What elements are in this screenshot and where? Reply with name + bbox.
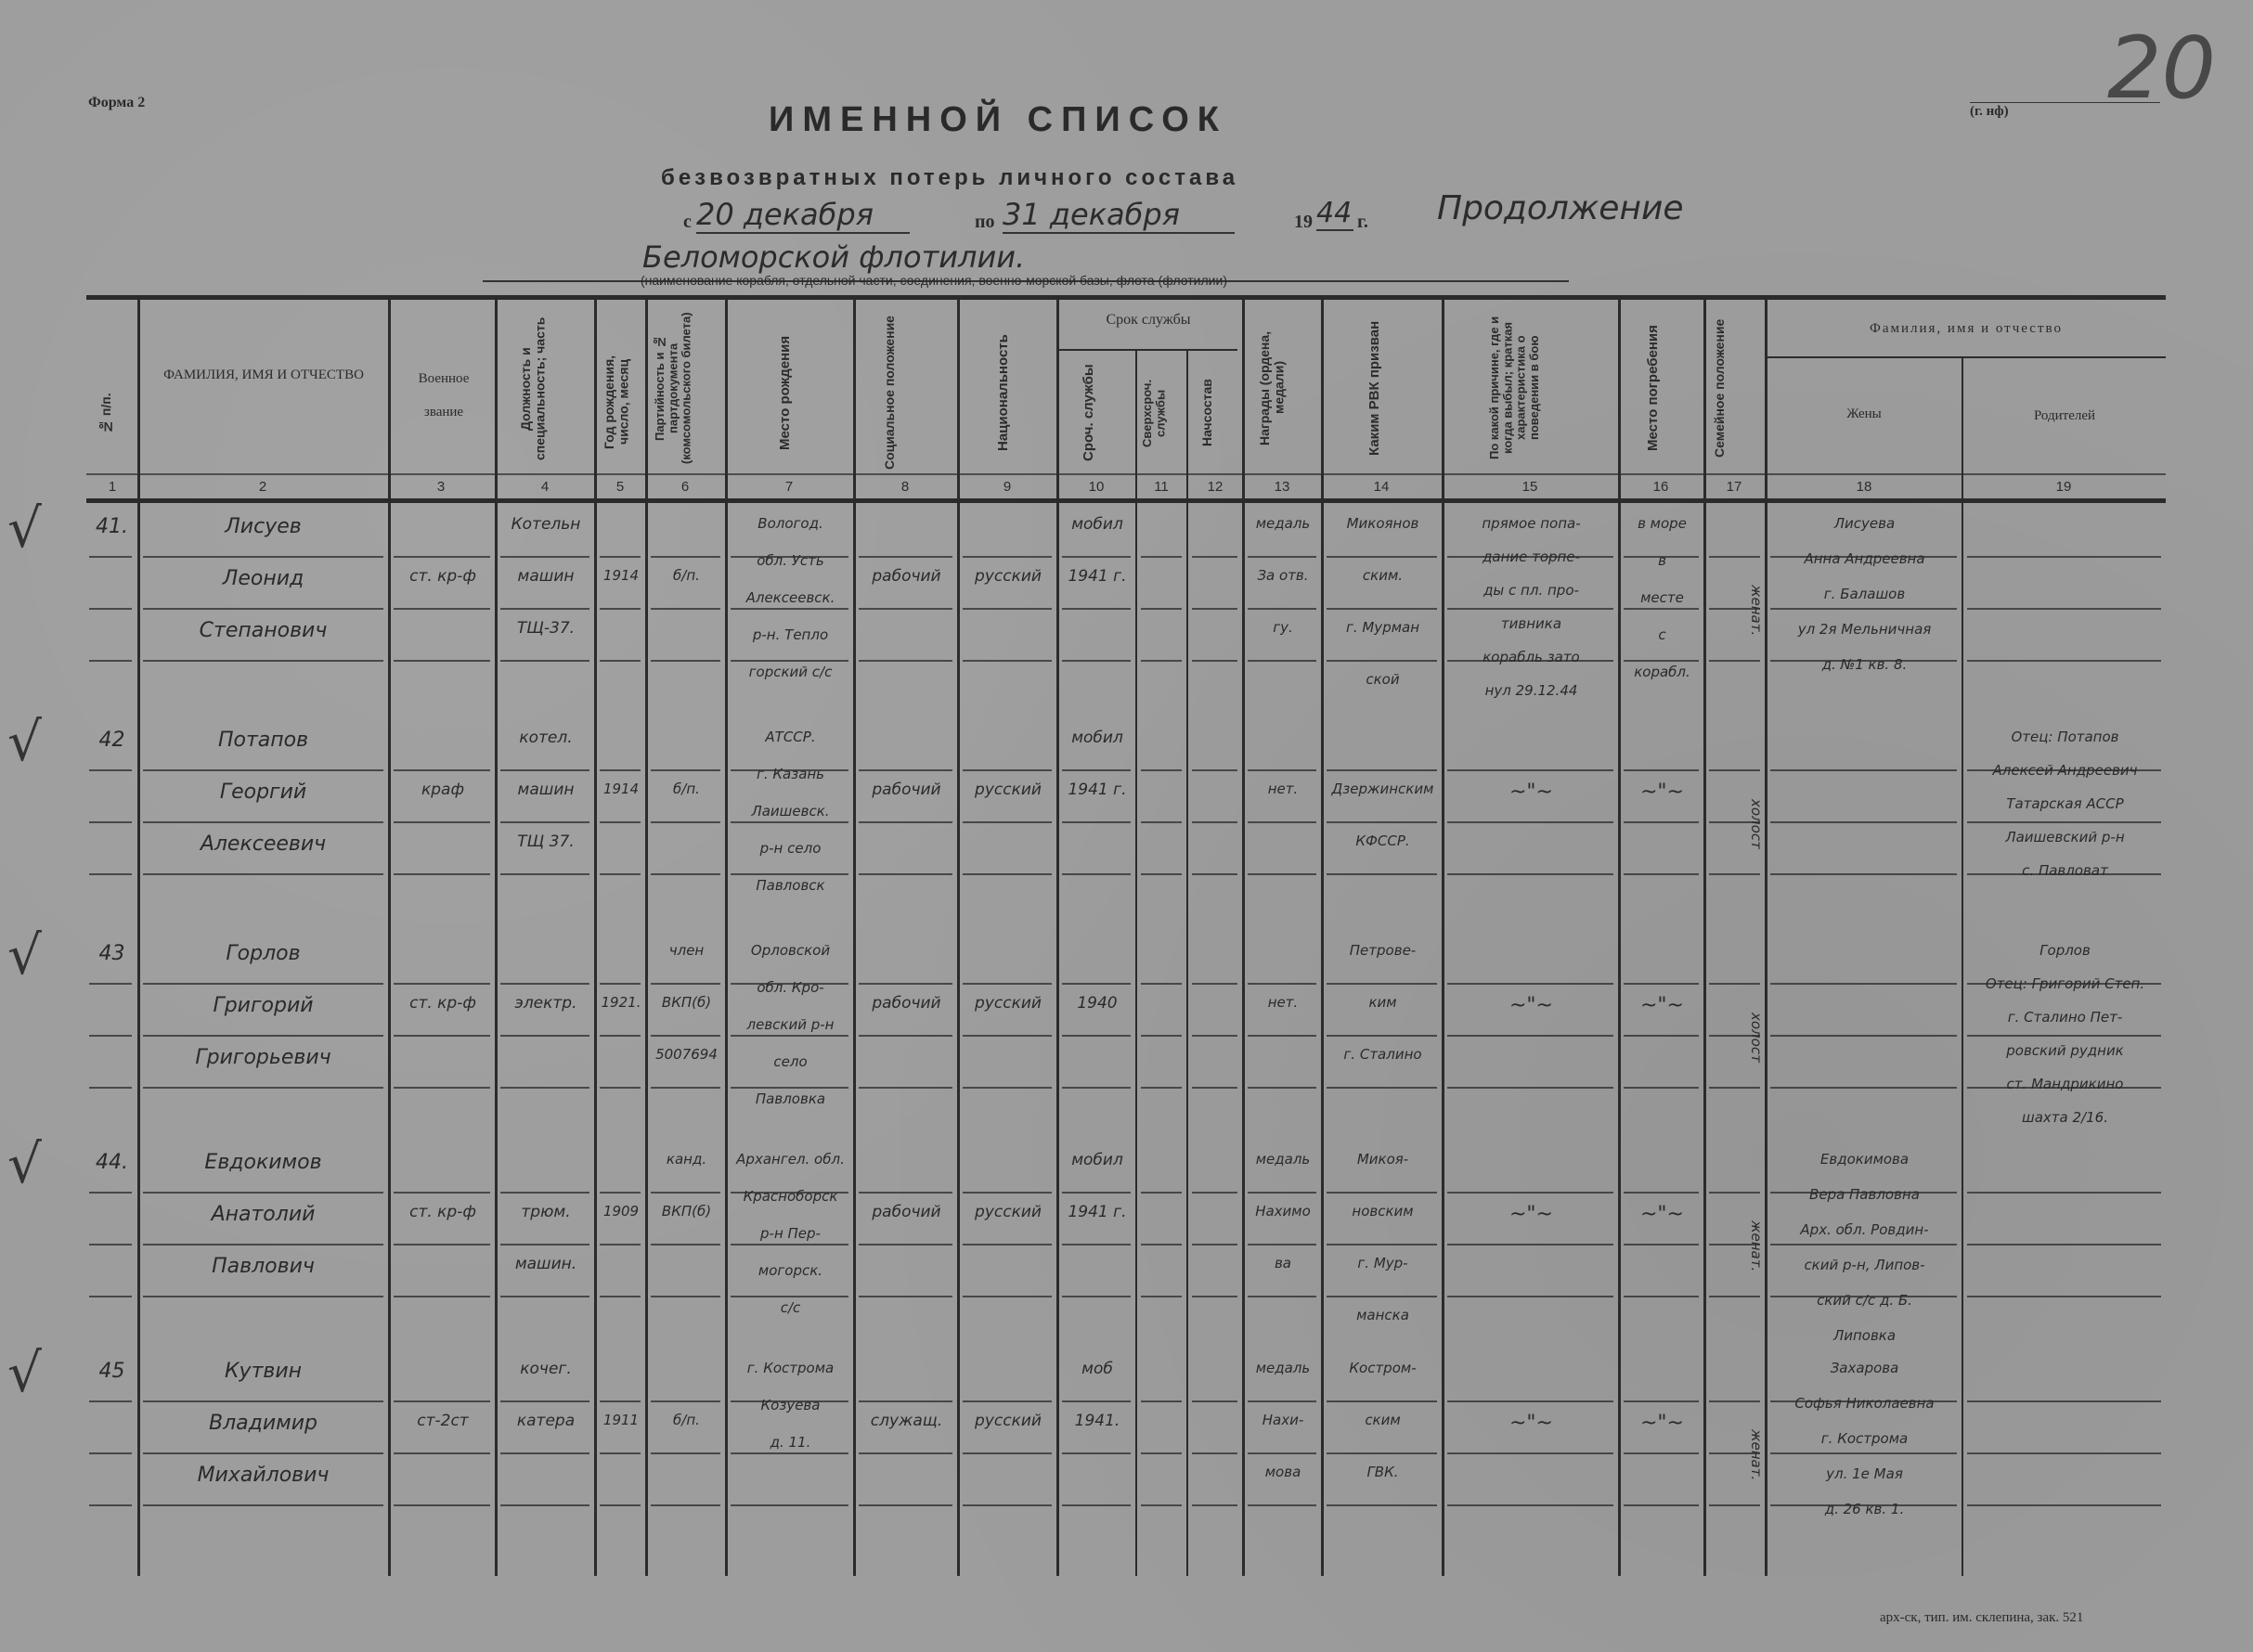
row-guide-line (1192, 1087, 1237, 1089)
row-guide-line (1624, 1452, 1699, 1454)
row-guide-line (1192, 983, 1237, 985)
birthplace-line: Красноборск (728, 1188, 853, 1205)
row-guide-line (1192, 608, 1237, 610)
col-num-8: 8 (887, 479, 924, 495)
date-to: 31 декабря (1003, 197, 1235, 234)
row-guide-line (731, 1504, 848, 1506)
colnum-divider (86, 473, 2166, 475)
parents-line: шахта 2/16. (1964, 1109, 2166, 1126)
row-guide-line (89, 1296, 132, 1297)
nationality: русский (960, 1412, 1056, 1430)
row-guide-line (394, 873, 490, 875)
row-guide-line (500, 608, 589, 610)
row-guide-line (500, 1035, 589, 1037)
military-rank: ст. кр-ф (391, 567, 495, 586)
row-guide-line (143, 1087, 383, 1089)
row-guide-line (859, 1400, 952, 1402)
position-line: электр. (498, 994, 594, 1013)
col-header-11: Сверхсроч. службы (1141, 355, 1182, 471)
row-guide-line (1967, 556, 2161, 558)
row-guide-line (500, 769, 589, 771)
row-guide-line (1248, 1244, 1316, 1245)
service-urgent-line: 1941. (1059, 1412, 1135, 1430)
sheet-code: (г. нф) (1970, 104, 2009, 120)
rvk-line: Микоянов (1324, 515, 1442, 532)
row-guide-line (731, 660, 848, 662)
rvk-line: г. Сталино (1324, 1046, 1442, 1063)
printer-imprint: арх-ск, тип. им. склепина, зак. 521 (1880, 1610, 2083, 1626)
row-guide-line (143, 1244, 383, 1245)
row-guide-line (600, 983, 641, 985)
row-guide-line (1192, 1244, 1237, 1245)
rvk-line: Микоя- (1324, 1151, 1442, 1168)
row-guide-line (1624, 1504, 1699, 1506)
birth-year: 1909 (597, 1203, 645, 1220)
wife-line: Анна Андреевна (1767, 550, 1962, 567)
row-guide-line (1141, 1192, 1182, 1194)
row-guide-line (1447, 1504, 1613, 1506)
rvk-line: ским (1324, 1412, 1442, 1428)
parents-line: г. Сталино Пет- (1964, 1009, 2166, 1026)
birthplace-line: обл. Усть (728, 552, 853, 569)
sheet-number: 20 (2107, 19, 2216, 118)
row-guide-line (600, 1035, 641, 1037)
col-num-9: 9 (989, 479, 1026, 495)
row-guide-line (1447, 769, 1613, 771)
row-guide-line (1141, 1035, 1182, 1037)
service-urgent-line: 1941 г. (1059, 1203, 1135, 1221)
row-guide-line (859, 1087, 952, 1089)
row-guide-line (143, 1192, 383, 1194)
row-guide-line (394, 556, 490, 558)
service-urgent-line: мобил (1059, 1151, 1135, 1169)
row-guide-line (1062, 660, 1131, 662)
col-header-2: ФАМИЛИЯ, ИМЯ И ОТЧЕСТВО (142, 360, 385, 391)
birthplace-line: могорск. (728, 1262, 853, 1279)
military-rank: ст-2ст (391, 1412, 495, 1430)
row-guide-line (1709, 1400, 1760, 1402)
row-guide-line (394, 1035, 490, 1037)
continuation-note: Продолжение (1437, 189, 1684, 227)
reason-ditto: ~"~ (1444, 1412, 1618, 1435)
service-group-line (1056, 349, 1237, 351)
row-guide-line (1248, 821, 1316, 823)
burial-ditto: ~"~ (1621, 1203, 1703, 1226)
row-guide-line (859, 1192, 952, 1194)
row-guide-line (1447, 1400, 1613, 1402)
row-guide-line (1062, 1087, 1131, 1089)
col-header-3: Военное звание (397, 362, 490, 429)
surname: Горлов (140, 942, 386, 965)
row-guide-line (500, 1504, 589, 1506)
birth-year: 1914 (597, 781, 645, 797)
row-guide-line (1192, 821, 1237, 823)
row-guide-line (651, 1087, 720, 1089)
family-status: женат. (1706, 1195, 1765, 1297)
party-line: член (648, 942, 725, 959)
row-guide-line (1192, 769, 1237, 771)
surname: Лисуев (140, 515, 386, 538)
birthplace-line: АТССР. (728, 729, 853, 745)
row-guide-line (600, 873, 641, 875)
military-rank: ст. кр-ф (391, 994, 495, 1013)
row-guide-line (143, 769, 383, 771)
birthplace-line: левский р-н (728, 1016, 853, 1033)
col-header-14: Каким РВК призван (1367, 304, 1395, 471)
row-guide-line (500, 1400, 589, 1402)
row-guide-line (600, 1452, 641, 1454)
row-guide-line (651, 1400, 720, 1402)
row-guide-line (1709, 556, 1760, 558)
surname: Потапов (140, 729, 386, 752)
row-guide-line (600, 1400, 641, 1402)
position-line: котел. (498, 729, 594, 747)
wife-line: д. 26 кв. 1. (1767, 1501, 1962, 1517)
row-guide-line (600, 769, 641, 771)
row-guide-line (1248, 556, 1316, 558)
wife-line: Захарова (1767, 1360, 1962, 1376)
patronymic: Григорьевич (140, 1046, 386, 1069)
col-header-15: По какой причине, где и когда выбыл; кра… (1488, 304, 1572, 471)
row-guide-line (1192, 660, 1237, 662)
birthplace-line: р-н Пер- (728, 1225, 853, 1242)
form-label: Форма 2 (88, 95, 145, 111)
row-guide-line (1327, 1452, 1437, 1454)
wife-line: Арх. обл. Ровдин- (1767, 1221, 1962, 1238)
row-guide-line (859, 556, 952, 558)
row-guide-line (143, 983, 383, 985)
service-urgent-line: моб (1059, 1360, 1135, 1378)
row-guide-line (1141, 1296, 1182, 1297)
nationality: русский (960, 781, 1056, 799)
service-group-header: Срок службы (1059, 312, 1237, 329)
row-number: 42 (86, 729, 137, 752)
date-to-prefix: по (975, 212, 995, 233)
col-num-15: 15 (1511, 479, 1548, 495)
col-num-11: 11 (1143, 479, 1180, 495)
table-row: √45КутвинВладимирМихайловичст-2сткочег.к… (86, 1349, 2166, 1557)
col-num-6: 6 (667, 479, 704, 495)
row-guide-line (651, 608, 720, 610)
row-guide-line (1062, 1452, 1131, 1454)
row-guide-line (500, 1087, 589, 1089)
col-header-6: Партийность и № партдокумента (комсомоль… (654, 304, 719, 471)
row-guide-line (1447, 608, 1613, 610)
nationality: русский (960, 994, 1056, 1013)
col-header-9: Национальность (996, 314, 1024, 471)
family-group-header: Фамилия, имя и отчество (1767, 321, 2166, 337)
date-prefix: с (683, 212, 692, 233)
wife-line: Евдокимова (1767, 1151, 1962, 1168)
row-guide-line (963, 608, 1052, 610)
birthplace-line: село (728, 1053, 853, 1070)
surname: Евдокимов (140, 1151, 386, 1174)
row-guide-line (1062, 556, 1131, 558)
row-guide-line (89, 873, 132, 875)
burial-line: в (1621, 552, 1703, 569)
awards-line: За отв. (1245, 567, 1321, 584)
row-guide-line (89, 1192, 132, 1194)
row-guide-line (394, 608, 490, 610)
row-guide-line (651, 1296, 720, 1297)
col-num-7: 7 (770, 479, 808, 495)
header-bottom-border (86, 498, 2166, 503)
row-guide-line (1248, 1296, 1316, 1297)
losses-table: № п/п. ФАМИЛИЯ, ИМЯ И ОТЧЕСТВО Военное з… (86, 295, 2166, 1576)
wife-line: ул 2я Мельничная (1767, 621, 1962, 638)
col-header-18: Жены (1767, 407, 1962, 422)
row-guide-line (651, 769, 720, 771)
family-status: женат. (1706, 1404, 1765, 1506)
rvk-line: г. Мурман (1324, 619, 1442, 636)
row-guide-line (1062, 983, 1131, 985)
row-guide-line (1624, 608, 1699, 610)
year-prefix: 19 (1294, 212, 1313, 233)
col-num-19: 19 (2045, 479, 2082, 495)
row-guide-line (394, 769, 490, 771)
row-guide-line (89, 1400, 132, 1402)
awards-line: нет. (1245, 994, 1321, 1011)
year-g: г. (1357, 212, 1368, 233)
date-range-line: с 20 декабря по 31 декабря 19 44 г. Прод… (683, 197, 1704, 243)
row-guide-line (143, 1035, 383, 1037)
burial-ditto: ~"~ (1621, 994, 1703, 1017)
table-row: √44.ЕвдокимовАнатолийПавловичст. кр-фтрю… (86, 1140, 2166, 1349)
parents-line: Горлов (1964, 942, 2166, 959)
row-guide-line (1967, 660, 2161, 662)
row-guide-line (1327, 1087, 1437, 1089)
burial-line: в море (1621, 515, 1703, 532)
reason-line: тивника (1444, 615, 1618, 632)
rvk-line: новским (1324, 1203, 1442, 1220)
row-guide-line (1248, 983, 1316, 985)
checkmark-icon: √ (7, 923, 42, 987)
row-guide-line (1967, 1192, 2161, 1194)
row-guide-line (394, 1400, 490, 1402)
col-header-13: Награды (ордена, медали) (1258, 304, 1306, 471)
birthplace-line: Архангел. обл. (728, 1151, 853, 1168)
wife-line: Вера Павловна (1767, 1186, 1962, 1203)
birth-year: 1911 (597, 1412, 645, 1428)
col-header-17: Семейное положение (1713, 304, 1755, 471)
row-guide-line (1770, 608, 1957, 610)
birthplace-line: Козуева (728, 1397, 853, 1413)
position-line: Котельн (498, 515, 594, 534)
reason-ditto: ~"~ (1444, 781, 1618, 804)
row-guide-line (1141, 769, 1182, 771)
row-guide-line (1624, 983, 1699, 985)
row-guide-line (1192, 556, 1237, 558)
party-line: ВКП(б) (648, 994, 725, 1011)
row-guide-line (1192, 1504, 1237, 1506)
row-guide-line (1141, 983, 1182, 985)
birthplace-line: Павловка (728, 1091, 853, 1107)
row-guide-line (1624, 873, 1699, 875)
row-guide-line (1624, 769, 1699, 771)
row-guide-line (651, 660, 720, 662)
military-rank: краф (391, 781, 495, 799)
family-status: холост (1706, 987, 1765, 1089)
row-guide-line (1709, 983, 1760, 985)
row-guide-line (143, 1296, 383, 1297)
rvk-line: ским. (1324, 567, 1442, 584)
row-guide-line (500, 1244, 589, 1245)
row-guide-line (1062, 1504, 1131, 1506)
col-num-10: 10 (1078, 479, 1115, 495)
document-title: ИМЕННОЙ СПИСОК (769, 100, 1227, 140)
birth-year: 1914 (597, 567, 645, 584)
row-guide-line (1967, 1452, 2161, 1454)
unit-caption: (наименование корабля, отдельной части, … (641, 273, 1227, 288)
checkmark-icon: √ (7, 497, 42, 560)
given-name: Владимир (140, 1412, 386, 1435)
row-guide-line (963, 1504, 1052, 1506)
row-guide-line (1327, 1400, 1437, 1402)
birthplace-line: г. Кострома (728, 1360, 853, 1376)
wife-line: г. Балашов (1767, 586, 1962, 602)
row-guide-line (1770, 1087, 1957, 1089)
row-guide-line (1141, 556, 1182, 558)
row-guide-line (651, 1192, 720, 1194)
row-guide-line (600, 608, 641, 610)
row-guide-line (1447, 1296, 1613, 1297)
position-line: катера (498, 1412, 594, 1430)
row-guide-line (1624, 1192, 1699, 1194)
row-guide-line (1327, 1296, 1437, 1297)
row-guide-line (89, 1087, 132, 1089)
reason-line: ды с пл. про- (1444, 582, 1618, 599)
party-line: 5007694 (648, 1046, 725, 1063)
row-guide-line (963, 873, 1052, 875)
birthplace-line: д. 11. (728, 1434, 853, 1451)
row-guide-line (731, 1244, 848, 1245)
awards-line: медаль (1245, 1360, 1321, 1376)
row-guide-line (394, 1504, 490, 1506)
patronymic: Алексеевич (140, 832, 386, 856)
service-urgent-line: мобил (1059, 515, 1135, 534)
checkmark-icon: √ (7, 710, 42, 773)
row-guide-line (1967, 1400, 2161, 1402)
row-guide-line (1141, 821, 1182, 823)
row-guide-line (394, 660, 490, 662)
row-guide-line (394, 1192, 490, 1194)
row-guide-line (1624, 1244, 1699, 1245)
row-guide-line (1967, 608, 2161, 610)
service-urgent-line: 1941 г. (1059, 567, 1135, 586)
col-num-2: 2 (244, 479, 281, 495)
table-row: √42ПотаповГеоргийАлексеевичкрафкотел.маш… (86, 717, 2166, 926)
wife-line: ский р-н, Липов- (1767, 1257, 1962, 1273)
row-guide-line (1624, 660, 1699, 662)
burial-line: с (1621, 626, 1703, 643)
social-status: служащ. (856, 1412, 957, 1430)
given-name: Анатолий (140, 1203, 386, 1226)
row-guide-line (963, 556, 1052, 558)
parents-line: Отец: Григорий Степ. (1964, 975, 2166, 992)
col-header-16: Место погребения (1646, 304, 1674, 471)
row-guide-line (963, 1087, 1052, 1089)
wife-line: Липовка (1767, 1327, 1962, 1344)
row-guide-line (1248, 608, 1316, 610)
wife-line: д. №1 кв. 8. (1767, 656, 1962, 673)
reason-line: корабль зато (1444, 649, 1618, 665)
reason-ditto: ~"~ (1444, 994, 1618, 1017)
row-guide-line (89, 1244, 132, 1245)
row-guide-line (1248, 769, 1316, 771)
row-guide-line (859, 1296, 952, 1297)
row-guide-line (143, 660, 383, 662)
row-guide-line (1062, 769, 1131, 771)
row-guide-line (1141, 1452, 1182, 1454)
wife-line: ский с/с д. Б. (1767, 1292, 1962, 1309)
col-num-12: 12 (1197, 479, 1234, 495)
row-guide-line (1141, 1087, 1182, 1089)
row-guide-line (1248, 660, 1316, 662)
parents-line: с. Павловат (1964, 862, 2166, 879)
row-guide-line (1447, 1087, 1613, 1089)
row-guide-line (651, 1504, 720, 1506)
row-guide-line (1967, 1504, 2161, 1506)
row-guide-line (651, 983, 720, 985)
parents-line: ст. Мандрикино (1964, 1076, 2166, 1092)
row-guide-line (1141, 660, 1182, 662)
position-line: ТЩ 37. (498, 832, 594, 851)
row-guide-line (963, 1400, 1052, 1402)
surname: Кутвин (140, 1360, 386, 1383)
row-guide-line (1248, 1400, 1316, 1402)
row-guide-line (1192, 1400, 1237, 1402)
row-guide-line (1447, 1192, 1613, 1194)
row-guide-line (731, 1087, 848, 1089)
row-guide-line (394, 1244, 490, 1245)
row-guide-line (500, 1452, 589, 1454)
row-guide-line (1327, 1035, 1437, 1037)
col-header-8: Социальное положение (883, 314, 927, 471)
reason-ditto: ~"~ (1444, 1203, 1618, 1226)
given-name: Леонид (140, 567, 386, 590)
row-guide-line (500, 556, 589, 558)
row-guide-line (1327, 821, 1437, 823)
given-name: Григорий (140, 994, 386, 1017)
row-guide-line (1062, 1400, 1131, 1402)
row-guide-line (1192, 1192, 1237, 1194)
row-guide-line (1327, 769, 1437, 771)
col-num-5: 5 (602, 479, 639, 495)
row-guide-line (89, 769, 132, 771)
row-guide-line (731, 873, 848, 875)
position-line: машин. (498, 1255, 594, 1273)
row-guide-line (1770, 1244, 1957, 1245)
birthplace-line: Лаишевск. (728, 803, 853, 820)
table-top-border (86, 295, 2166, 300)
row-guide-line (963, 821, 1052, 823)
row-guide-line (143, 1452, 383, 1454)
family-status: холост (1706, 773, 1765, 875)
row-number: 44. (86, 1151, 137, 1174)
row-guide-line (1062, 1296, 1131, 1297)
row-guide-line (1967, 1035, 2161, 1037)
row-guide-line (1248, 1035, 1316, 1037)
row-number: 45 (86, 1360, 137, 1383)
awards-line: медаль (1245, 515, 1321, 532)
birth-year: 1921. (597, 994, 645, 1011)
row-guide-line (651, 1035, 720, 1037)
awards-line: нет. (1245, 781, 1321, 797)
row-guide-line (143, 608, 383, 610)
col-header-7: Место рождения (778, 314, 806, 471)
rvk-line: Костром- (1324, 1360, 1442, 1376)
row-guide-line (89, 608, 132, 610)
